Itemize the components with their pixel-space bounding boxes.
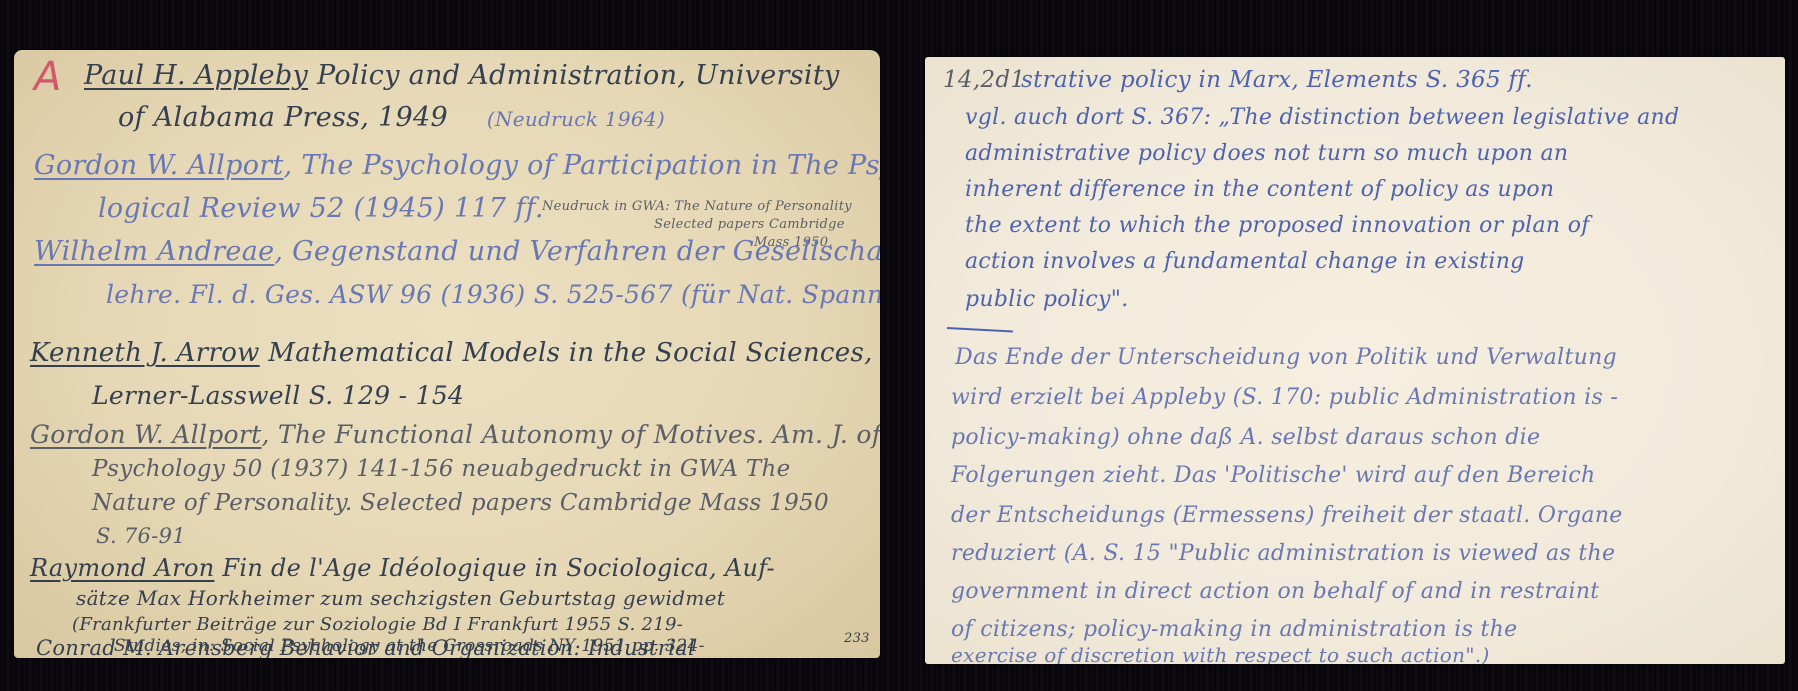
entry-allport-1945-line-2: logical Review 52 (1945) 117 ff. bbox=[98, 195, 544, 222]
entry-arensberg-line-2: Studies, in: Social Psychology at the Cr… bbox=[114, 638, 705, 655]
entry-aron-line-2: sätze Max Horkheimer zum sechzigsten Geb… bbox=[76, 588, 725, 608]
author-name: Raymond Aron bbox=[30, 554, 214, 582]
entry-appleby-line-2: of Alabama Press, 1949 (Neudruck 1964) bbox=[118, 104, 665, 131]
entry-allport-1937-line-3: Nature of Personality. Selected papers C… bbox=[92, 492, 829, 515]
author-name: Kenneth J. Arrow bbox=[30, 338, 260, 368]
note-line-12: der Entscheidungs (Ermessens) freiheit d… bbox=[951, 505, 1623, 527]
note-line-16: exercise of discretion with respect to s… bbox=[951, 645, 1490, 664]
entry-appleby-line-1: Paul H. Appleby Policy and Administratio… bbox=[84, 62, 840, 89]
entry-allport-1945-line-1: Gordon W. Allport, The Psychology of Par… bbox=[34, 152, 880, 179]
margin-note-line-2: Selected papers Cambridge bbox=[654, 218, 845, 231]
note-line-1-text: strative policy in Marx, Elements S. 365… bbox=[1021, 69, 1533, 92]
card-number: 14,2d1 bbox=[943, 67, 1025, 93]
note-line-15: of citizens; policy-making in administra… bbox=[951, 619, 1517, 641]
note-line-2: vgl. auch dort S. 367: „The distinction … bbox=[965, 107, 1679, 129]
entry-allport-1937-line-2: Psychology 50 (1937) 141-156 neuabgedruc… bbox=[92, 458, 791, 481]
note-line-3: administrative policy does not turn so m… bbox=[965, 143, 1568, 165]
author-name: Paul H. Appleby bbox=[84, 60, 308, 91]
author-name: Gordon W. Allport bbox=[30, 420, 262, 449]
index-card-bibliography: A Paul H. Appleby Policy and Administrat… bbox=[14, 50, 880, 658]
index-card-notes: 14,2d1 strative policy in Marx, Elements… bbox=[925, 57, 1785, 664]
entry-andreae-line-2: lehre. Fl. d. Ges. ASW 96 (1936) S. 525-… bbox=[106, 282, 880, 307]
note-line-6: action involves a fundamental change in … bbox=[965, 251, 1525, 273]
note-line-9: wird erzielt bei Appleby (S. 170: public… bbox=[951, 387, 1618, 409]
note-line-4: inherent difference in the content of po… bbox=[965, 179, 1554, 201]
entry-arrow-line-1: Kenneth J. Arrow Mathematical Models in … bbox=[30, 340, 880, 366]
entry-allport-1937-line-1: Gordon W. Allport, The Functional Autono… bbox=[30, 422, 880, 447]
note-line-11: Folgerungen zieht. Das 'Politische' wird… bbox=[951, 465, 1595, 487]
note-line-5: the extent to which the proposed innovat… bbox=[965, 215, 1590, 237]
note-line-14: government in direct action on behalf of… bbox=[951, 581, 1599, 603]
note-line-1: 14,2d1 bbox=[943, 69, 1025, 92]
reprint-note: (Neudruck 1964) bbox=[487, 107, 665, 131]
author-name: Wilhelm Andreae bbox=[34, 236, 274, 267]
entry-andreae-line-1: Wilhelm Andreae, Gegenstand und Verfahre… bbox=[34, 238, 880, 265]
note-line-13: reduziert (A. S. 15 "Public administrati… bbox=[951, 543, 1615, 565]
note-line-8: Das Ende der Unterscheidung von Politik … bbox=[955, 347, 1617, 369]
separator-stroke bbox=[947, 327, 1013, 332]
entry-aron-line-3: (Frankfurter Beiträge zur Soziologie Bd … bbox=[72, 616, 683, 634]
note-line-7: public policy". bbox=[965, 289, 1128, 311]
entry-allport-1937-line-4: S. 76-91 bbox=[96, 526, 186, 547]
note-line-10: policy-making) ohne daß A. selbst daraus… bbox=[951, 427, 1540, 449]
entry-arrow-line-2: Lerner-Lasswell S. 129 - 154 bbox=[92, 383, 464, 408]
author-name: Gordon W. Allport bbox=[34, 150, 284, 181]
entry-aron-page-end: 233 bbox=[844, 632, 870, 645]
index-letter-mark: A bbox=[34, 54, 61, 100]
entry-aron-line-1: Raymond Aron Fin de l'Age Idéologique in… bbox=[30, 556, 775, 580]
margin-note-line-1: Neudruck in GWA: The Nature of Personali… bbox=[542, 200, 852, 213]
